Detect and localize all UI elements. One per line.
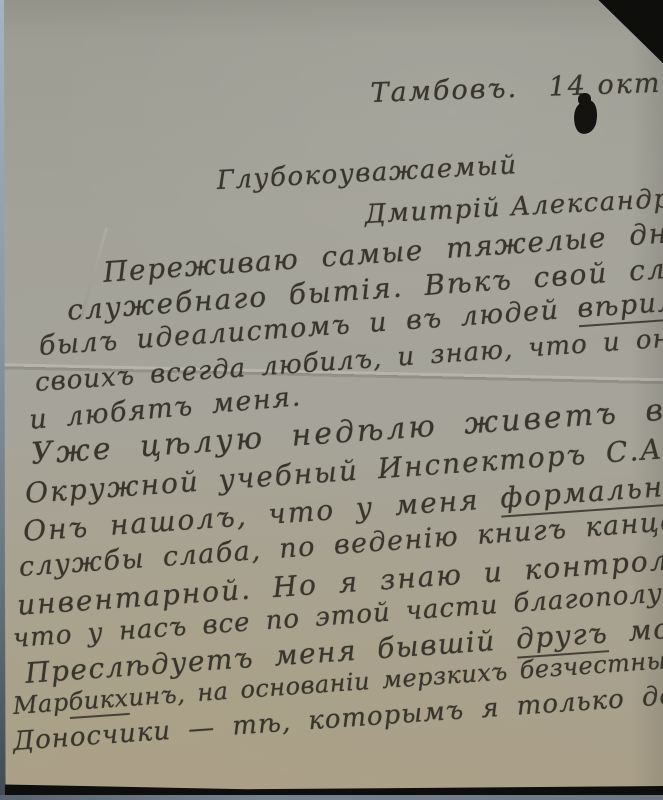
salutation-line-1: Глубокоуважаемый bbox=[216, 150, 518, 196]
letter-paper: Тамбовъ. 14 окт 99, Глубокоуважаемый Дми… bbox=[4, 0, 663, 790]
body-line-13-text: Мар bbox=[12, 688, 70, 720]
letter-photograph: Тамбовъ. 14 окт 99, Глубокоуважаемый Дми… bbox=[0, 0, 663, 800]
table-surface-bottom-edge bbox=[0, 795, 663, 800]
body-line-13-underlined: бикх bbox=[68, 684, 130, 719]
body-line-3-underlined: вѣрилъ bbox=[576, 285, 663, 327]
dateline-date: 14 окт 99, bbox=[548, 66, 663, 103]
dateline-place: Тамбовъ. bbox=[370, 73, 519, 109]
dateline: Тамбовъ. 14 окт 99, bbox=[370, 66, 663, 109]
